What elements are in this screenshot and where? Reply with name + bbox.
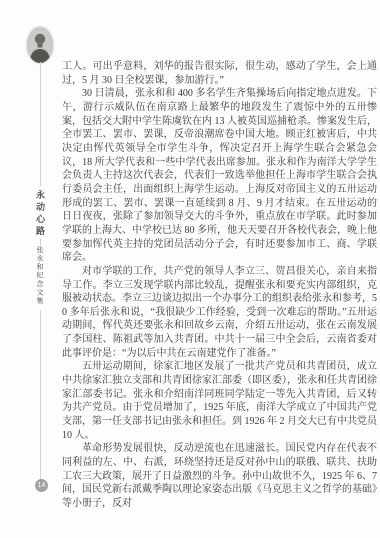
body-text: 工人。可出乎意料，刘华的报告很实际，很生动，感动了学生，会上通过，5 月 30 … xyxy=(62,60,377,511)
portrait-photo xyxy=(27,27,53,63)
body-paragraph: 革命形势发展很快，反动逆流也在迅速滋长。国民党内存在代表不同利益的左、中、右派，… xyxy=(62,442,377,510)
body-paragraph: 五卅运动期间，徐家汇地区发展了一批共产党员和共青团员，成立中共徐家汇独立支部和共… xyxy=(62,360,377,442)
body-paragraph: 30 日清晨，张永和和 400 多名学生齐集操场后向指定地点进发。下午，游行示威… xyxy=(62,87,377,265)
spine-title-dash: ︱ xyxy=(36,238,45,246)
portrait-silhouette xyxy=(27,27,53,63)
body-paragraph: 对市学联的工作，共产党的领导人李立三、贺昌很关心，亲自来指导工作。李立三发现学联… xyxy=(62,265,377,361)
book-page: 永动心路︱张永和纪念文集 14 工人。可出乎意料，刘华的报告很实际，很生动，感动… xyxy=(0,0,380,538)
spine-title-sub: 张永和纪念文集 xyxy=(36,246,44,306)
body-paragraph: 工人。可出乎意料，刘华的报告很实际，很生动，感动了学生，会上通过，5 月 30 … xyxy=(62,60,377,87)
spine-title-main: 永动心路 xyxy=(35,190,45,238)
page-number-badge: 14 xyxy=(35,479,48,492)
book-spine-title: 永动心路︱张永和纪念文集 xyxy=(32,186,49,310)
